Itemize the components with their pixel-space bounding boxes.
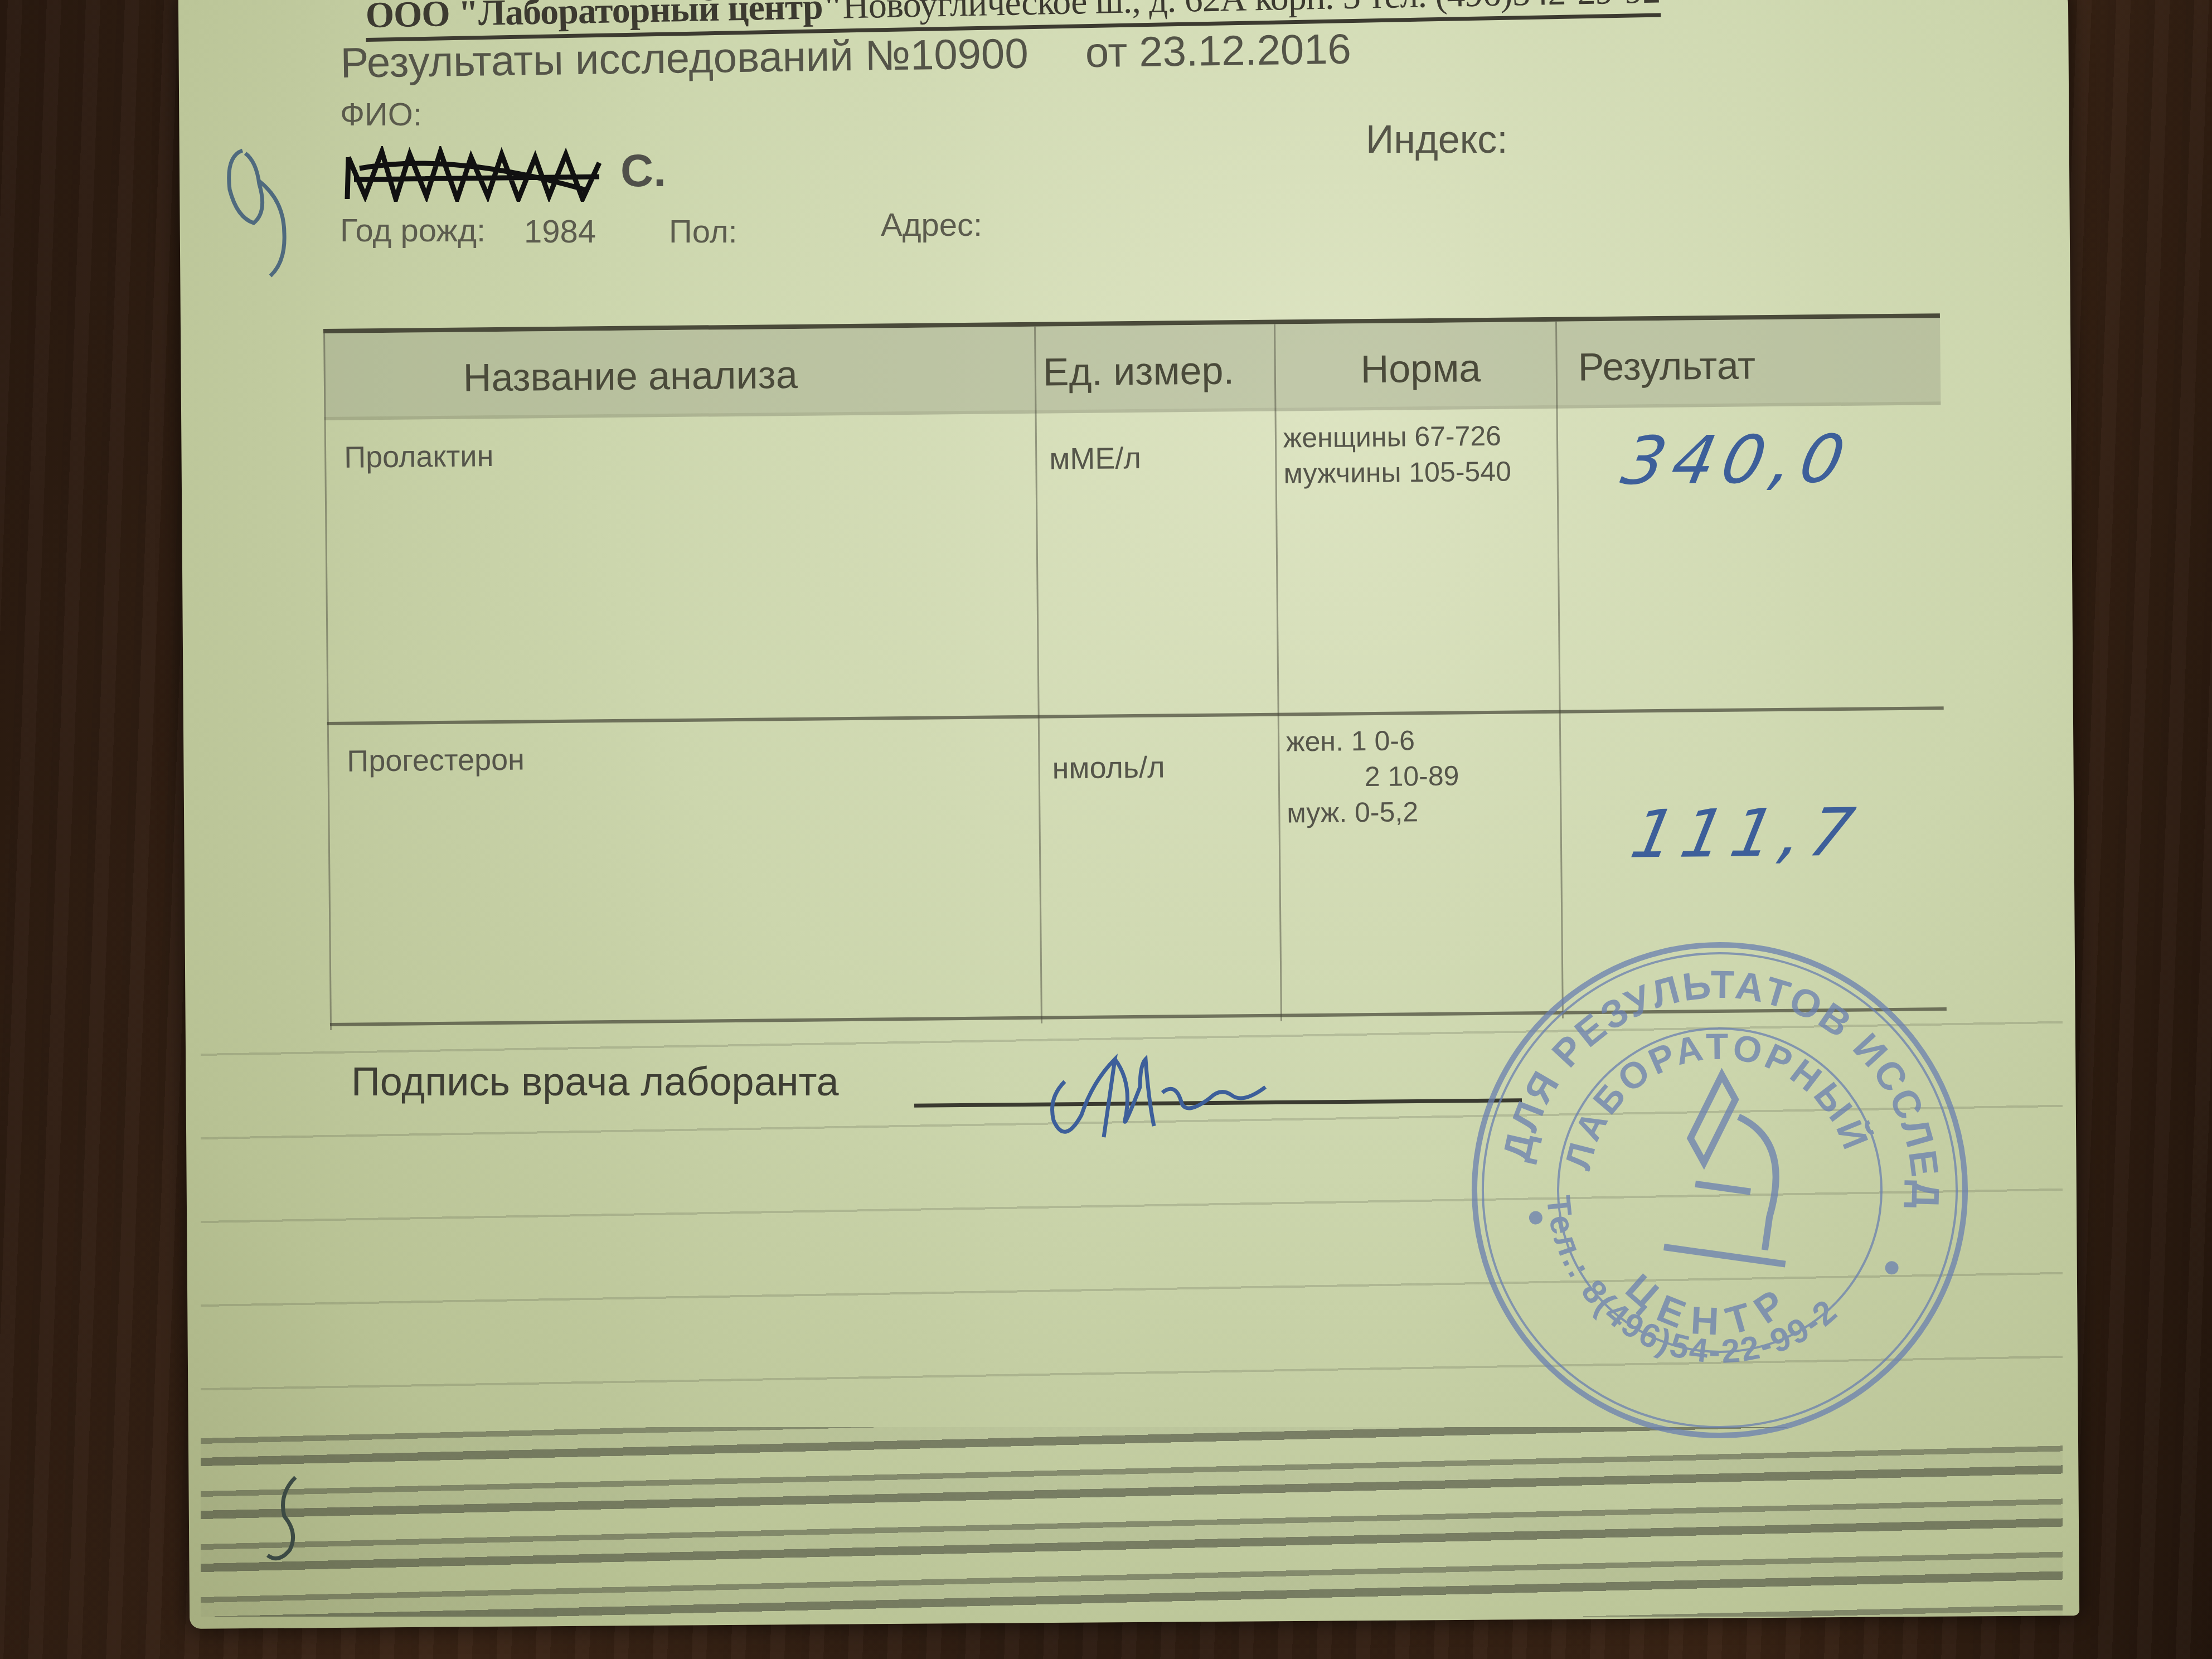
document-number: №10900 [865,30,1029,80]
table-row-1-name: Пролактин [344,439,494,475]
table-row-2-unit: нмоль/л [1052,750,1165,786]
sex-label: Пол: [669,213,738,250]
document-date: 23.12.2016 [1139,26,1352,76]
address-label: Адрес: [881,206,982,244]
redaction-scribble-icon [343,146,605,202]
norm-line: муж. 0-5,2 [1287,793,1459,831]
lab-stamp-icon: ДЛЯ РЕЗУЛЬТАТОВ ИССЛЕДОВАНИЯ ЛАБОРАТОРНЫ… [1427,898,2012,1483]
table-row-2-norm: жен. 1 0-6 2 10-89 муж. 0-5,2 [1286,722,1459,831]
column-divider [1274,324,1282,1021]
results-table: Название анализа Ед. измер. Норма Резуль… [323,313,1947,1031]
company-name: ООО "Лабораторный центр" [365,0,843,36]
norm-line: мужчины 105-540 [1283,454,1511,492]
column-header-norm: Норма [1360,346,1481,391]
handwritten-signature-icon [1042,1048,1355,1148]
column-header-name: Название анализа [463,352,798,400]
signature-label: Подпись врача лаборанта [351,1059,839,1105]
handwritten-margin-mark-icon [223,139,301,284]
row-divider [327,706,1944,725]
handwritten-page-number-icon [256,1472,318,1566]
svg-text:Тел.: 8(496)54-22-99-2: Тел.: 8(496)54-22-99-2 [1519,1189,1857,1389]
table-row-1-norm: женщины 67-726 мужчины 105-540 [1283,418,1512,492]
column-divider [1034,327,1042,1023]
column-header-result: Результат [1578,343,1755,389]
table-row-1-unit: мМЕ/л [1049,441,1141,477]
table-row-2-result: 111,7 [1625,793,1868,872]
birth-year-value: 1984 [524,213,596,250]
patient-initial: С. [620,145,666,196]
norm-line: женщины 67-726 [1283,418,1511,456]
birth-year-label: Год рожд: [340,212,486,249]
table-row-2-name: Прогестерон [347,743,525,779]
norm-line: жен. 1 0-6 [1286,722,1459,759]
date-prefix: от [1085,28,1128,76]
title-label: Результаты исследований [340,32,853,87]
table-row-1-result: 340,0 [1616,420,1859,499]
column-header-unit: Ед. измер. [1042,348,1234,394]
patient-name: С. [343,145,666,202]
microscope-icon [1664,1070,1810,1264]
index-label: Индекс: [1366,117,1508,162]
norm-line: 2 10-89 [1286,758,1459,795]
stamp-phone-text: Тел.: 8(496)54-22-99-2 [1519,1189,1857,1389]
fio-label: ФИО: [340,96,422,133]
